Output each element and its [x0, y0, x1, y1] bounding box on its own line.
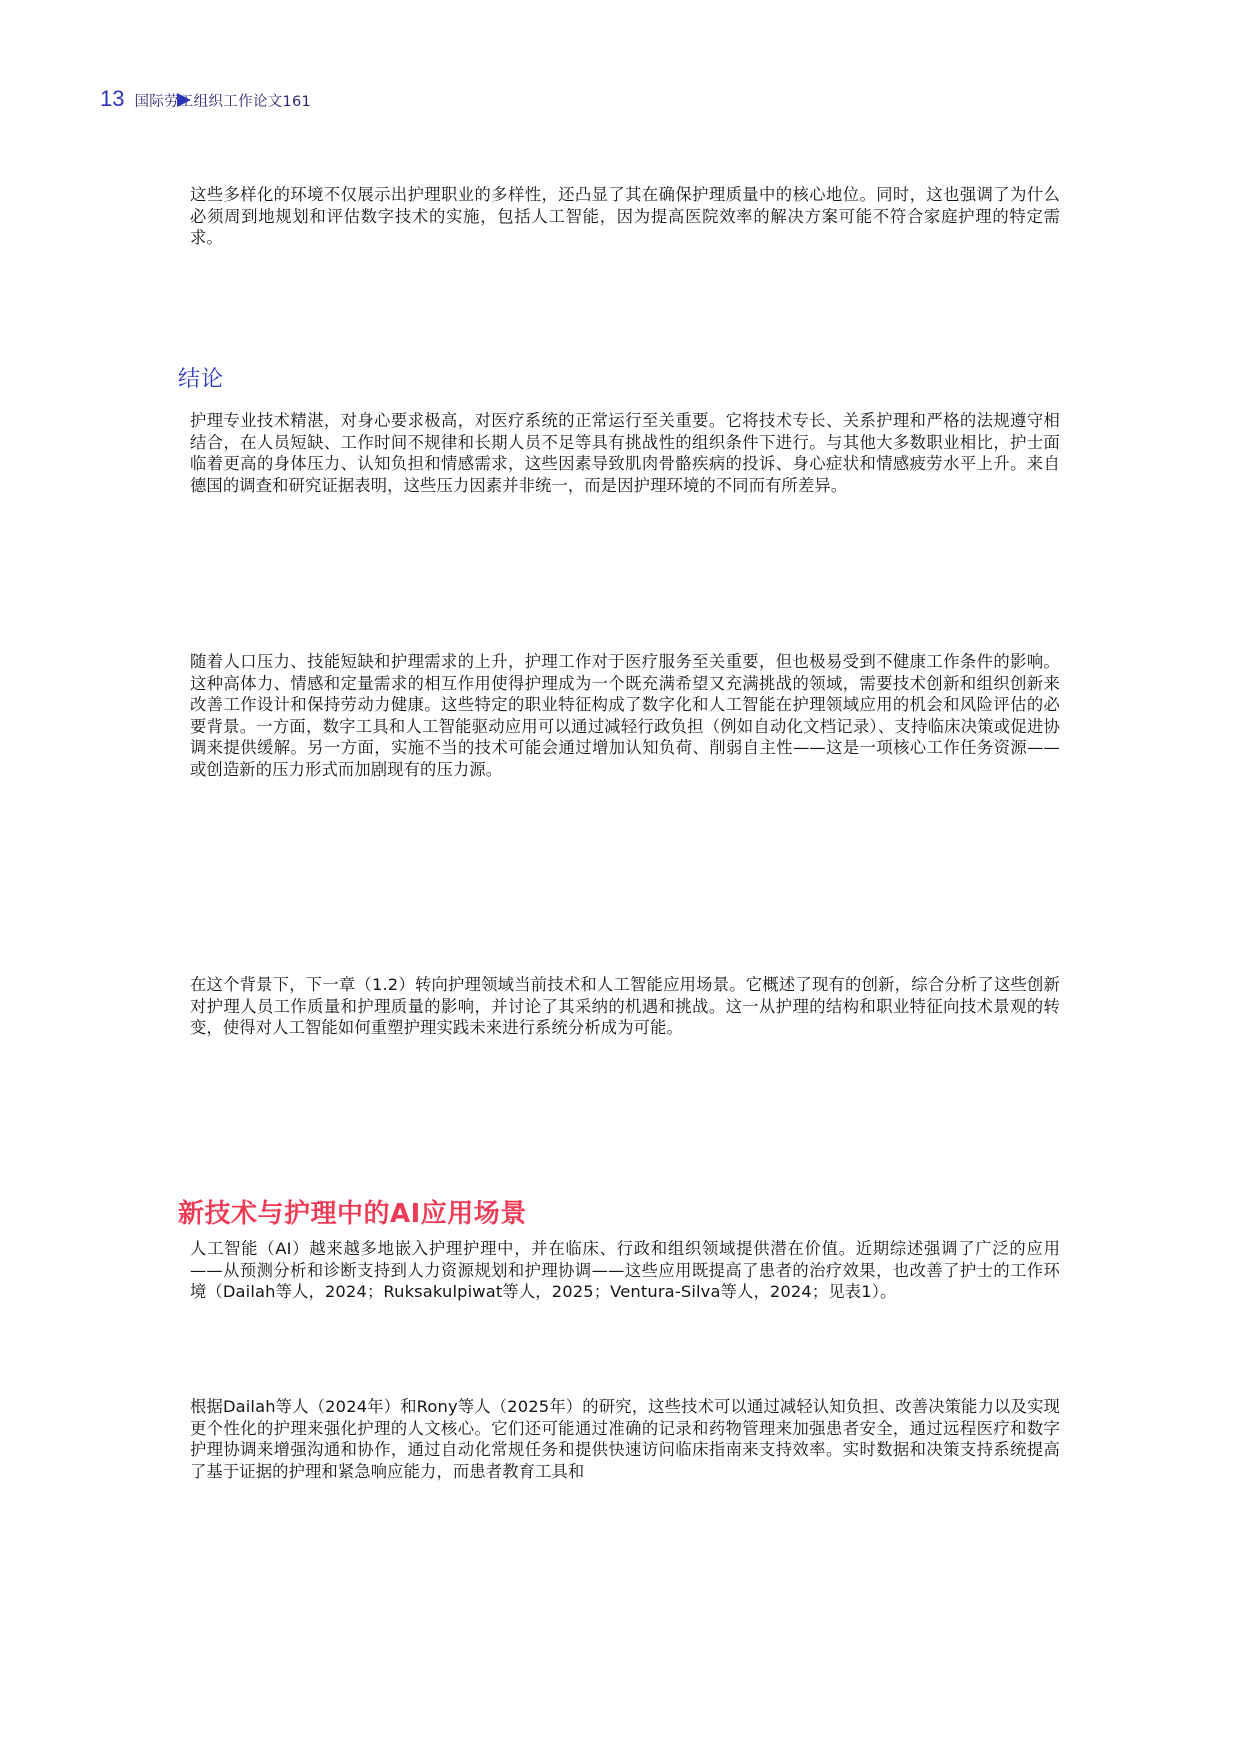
- page-number: 13: [100, 86, 124, 112]
- section-title-conclusion: 结论: [178, 362, 224, 393]
- paragraph-conclusion-3: 在这个背景下，下一章（1.2）转向护理领域当前技术和人工智能应用场景。它概述了现…: [190, 974, 1060, 1039]
- page-header: 13 国际劳工组织工作论文161: [100, 86, 311, 112]
- section-title-ai-scenarios: 新技术与护理中的AI应用场景: [178, 1193, 527, 1230]
- arrow-marker-icon: [177, 93, 191, 107]
- paragraph-intro: 这些多样化的环境不仅展示出护理职业的多样性，还凸显了其在确保护理质量中的核心地位…: [190, 184, 1060, 249]
- paragraph-ai-2: 根据Dailah等人（2024年）和Rony等人（2025年）的研究，这些技术可…: [190, 1396, 1060, 1482]
- paragraph-conclusion-1: 护理专业技术精湛，对身心要求极高，对医疗系统的正常运行至关重要。它将技术专长、关…: [190, 410, 1060, 496]
- running-title-text: 国际劳工组织工作论文161: [134, 94, 311, 110]
- running-title: 国际劳工组织工作论文161: [134, 90, 311, 111]
- paragraph-ai-1: 人工智能（AI）越来越多地嵌入护理护理中，并在临床、行政和组织领域提供潜在价值。…: [190, 1238, 1060, 1303]
- paragraph-conclusion-2: 随着人口压力、技能短缺和护理需求的上升，护理工作对于医疗服务至关重要，但也极易受…: [190, 651, 1060, 781]
